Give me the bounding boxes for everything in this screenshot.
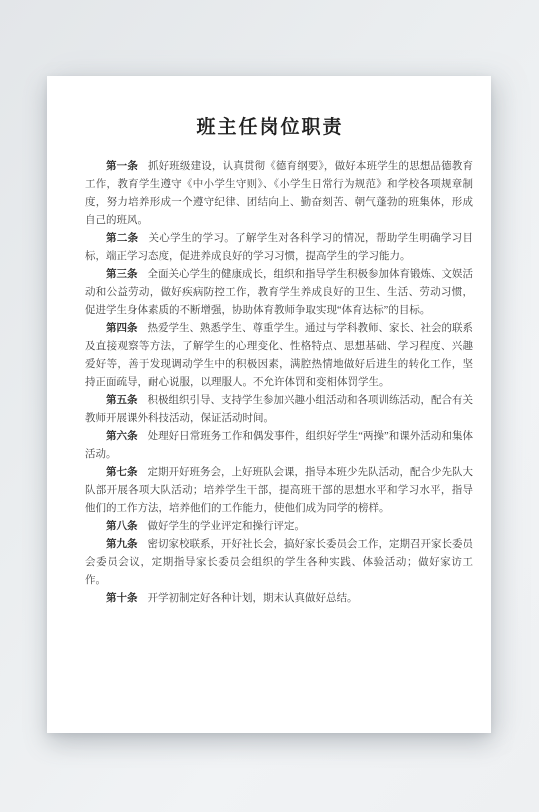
article-number-label: 第五条 — [106, 395, 138, 406]
article-number-label: 第一条 — [106, 161, 138, 172]
article-paragraph: 第八条做好学生的学业评定和操行评定。 — [85, 518, 473, 536]
article-number-label: 第十条 — [106, 593, 138, 604]
articles-list: 第一条抓好班级建设，认真贯彻《德育纲要》，做好本班学生的思想品德教育工作，教育学… — [85, 158, 473, 608]
article-paragraph: 第一条抓好班级建设，认真贯彻《德育纲要》，做好本班学生的思想品德教育工作，教育学… — [85, 158, 473, 230]
article-text: 全面关心学生的健康成长，组织和指导学生积极参加体育锻炼、文娱活动和公益劳动，做好… — [85, 269, 473, 316]
article-number-label: 第八条 — [106, 521, 138, 532]
article-paragraph: 第四条热爱学生、熟悉学生、尊重学生。通过与学科教师、家长、社会的联系及直接观察等… — [85, 320, 473, 392]
article-number-label: 第三条 — [106, 269, 138, 280]
article-number-label: 第七条 — [106, 467, 138, 478]
page-background: 班主任岗位职责 第一条抓好班级建设，认真贯彻《德育纲要》，做好本班学生的思想品德… — [0, 0, 539, 812]
article-paragraph: 第三条全面关心学生的健康成长，组织和指导学生积极参加体育锻炼、文娱活动和公益劳动… — [85, 266, 473, 320]
article-text: 开学初制定好各种计划，期末认真做好总结。 — [147, 593, 357, 604]
article-text: 密切家校联系，开好社长会，搞好家长委员会工作，定期召开家长委员会委员会议，定期指… — [85, 539, 473, 586]
article-text: 做好学生的学业评定和操行评定。 — [147, 521, 305, 532]
article-number-label: 第四条 — [106, 323, 138, 334]
article-paragraph: 第五条积极组织引导、支持学生参加兴趣小组活动和各项训练活动，配合有关教师开展课外… — [85, 392, 473, 428]
article-paragraph: 第六条处理好日常班务工作和偶发事件，组织好学生“两操”和课外活动和集体活动。 — [85, 428, 473, 464]
article-number-label: 第九条 — [106, 539, 138, 550]
article-number-label: 第二条 — [106, 233, 139, 244]
article-paragraph: 第九条密切家校联系，开好社长会，搞好家长委员会工作，定期召开家长委员会委员会议，… — [85, 536, 473, 590]
article-text: 热爱学生、熟悉学生、尊重学生。通过与学科教师、家长、社会的联系及直接观察等方法，… — [85, 323, 473, 388]
article-text: 关心学生的学习。了解学生对各科学习的情况，帮助学生明确学习目标，端正学习态度，促… — [85, 233, 473, 262]
article-paragraph: 第十条开学初制定好各种计划，期末认真做好总结。 — [85, 590, 473, 608]
article-text: 处理好日常班务工作和偶发事件，组织好学生“两操”和课外活动和集体活动。 — [85, 431, 473, 460]
article-paragraph: 第二条关心学生的学习。了解学生对各科学习的情况，帮助学生明确学习目标，端正学习态… — [85, 230, 473, 266]
document-page: 班主任岗位职责 第一条抓好班级建设，认真贯彻《德育纲要》，做好本班学生的思想品德… — [47, 76, 491, 733]
article-number-label: 第六条 — [106, 431, 138, 442]
article-text: 定期开好班务会，上好班队会课，指导本班少先队活动，配合少先队大队部开展各项大队活… — [85, 467, 473, 514]
document-title: 班主任岗位职责 — [85, 116, 455, 140]
article-text: 抓好班级建设，认真贯彻《德育纲要》，做好本班学生的思想品德教育工作，教育学生遵守… — [85, 161, 473, 226]
article-text: 积极组织引导、支持学生参加兴趣小组活动和各项训练活动，配合有关教师开展课外科技活… — [85, 395, 473, 424]
article-paragraph: 第七条定期开好班务会，上好班队会课，指导本班少先队活动，配合少先队大队部开展各项… — [85, 464, 473, 518]
